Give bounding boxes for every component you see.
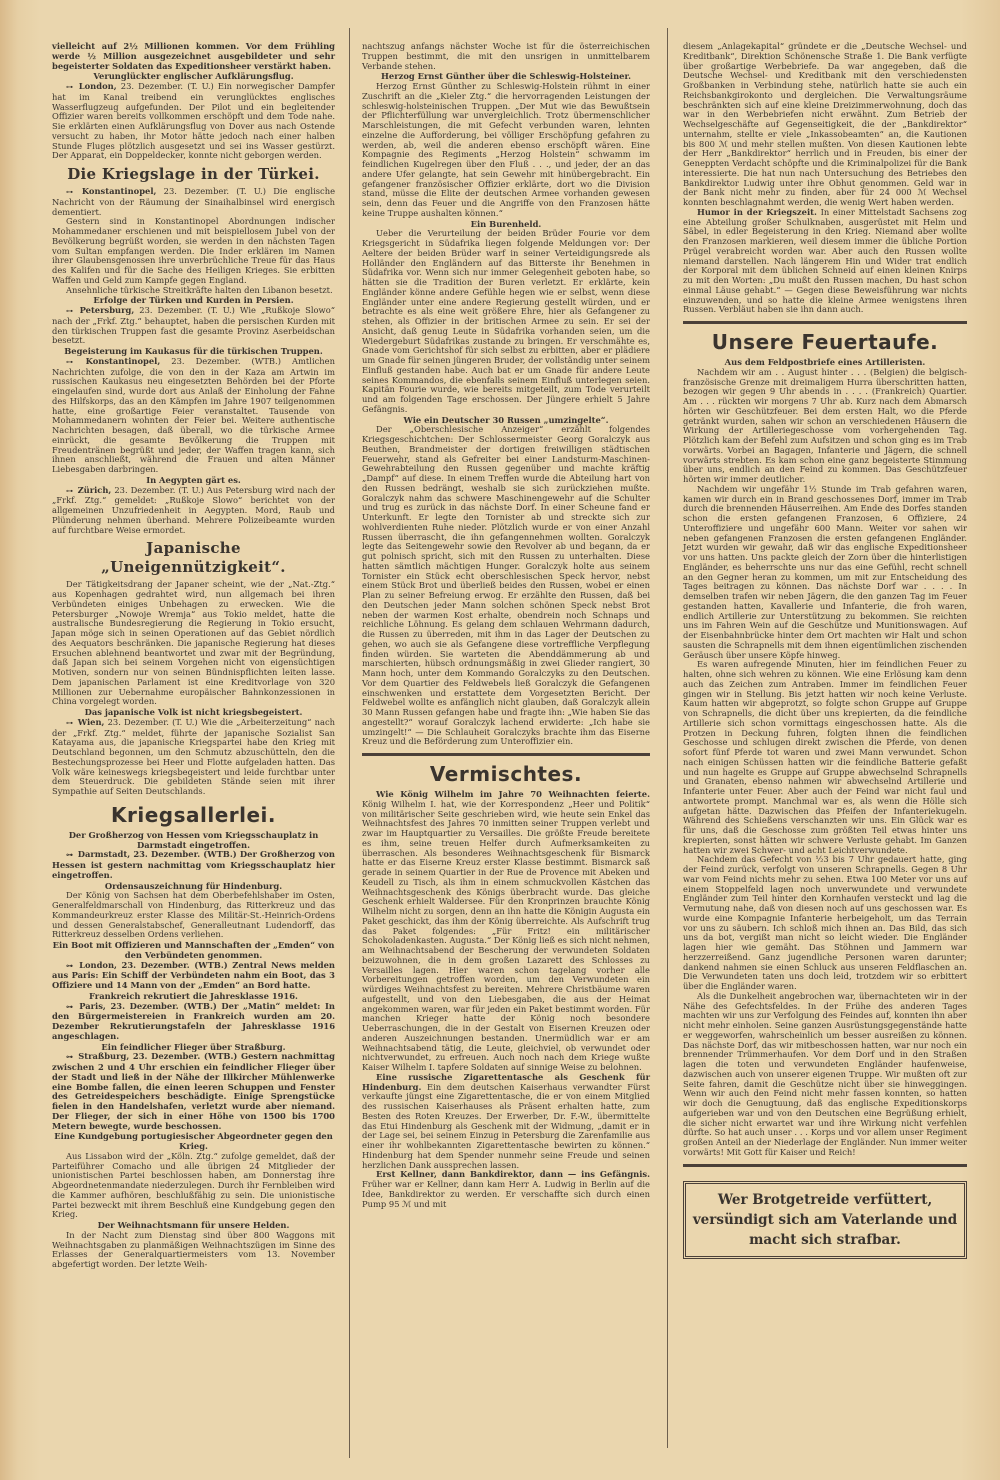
article-paragraph: Humor in der Kriegszeit. In einer Mittel… — [683, 208, 967, 315]
article-paragraph: Eine russische Zigarettentasche als Gesc… — [362, 1073, 650, 1171]
newspaper-page: vielleicht auf 2½ Millionen kommen. Vor … — [0, 0, 1000, 1480]
article-paragraph: Nachdem wir am . . August hinter . . . (… — [683, 368, 967, 485]
news-dispatch: ⊶ Konstantinopel, 23. Dezember. (T. U.) … — [52, 187, 335, 217]
article-paragraph: diesem „Anlagekapital“ gründete er die „… — [683, 42, 967, 208]
dateline-place: Petersburg, — [80, 305, 135, 315]
news-dispatch: ⊶ London, 23. Dezember. (T. U.) Ein norw… — [52, 82, 335, 161]
article-text: In einer Mittelstadt Sachsens zog eine A… — [683, 207, 967, 315]
dispatch-arrow-icon: ⊶ — [66, 358, 84, 366]
article-text: Früher war er Kellner, dann kam Herr A. … — [362, 1179, 650, 1209]
dispatch-arrow-icon: ⊶ — [66, 188, 80, 196]
dateline-place: Konstantinopel, — [82, 186, 157, 196]
dispatch-arrow-icon: ⊶ — [66, 719, 76, 727]
dispatch-text: 23. Dezember. (WTB.) Amtlichen Nachricht… — [52, 356, 335, 474]
article-paragraph: Gestern sind in Konstantinopel Abordnung… — [52, 217, 335, 285]
column-divider — [349, 28, 350, 1458]
dispatch-arrow-icon: ⊶ — [66, 83, 77, 91]
article-paragraph: Aus Lissabon wird der „Köln. Ztg.“ zufol… — [52, 1152, 335, 1220]
article-paragraph: Der Tätigkeitsdrang der Japaner scheint,… — [52, 580, 335, 707]
section-rule — [683, 321, 967, 324]
dateline-place: Wien, — [78, 717, 105, 727]
article-paragraph: Erst Kellner, dann Bankdirektor, dann — … — [362, 1170, 650, 1209]
article-paragraph: Der „Oberschlesische Anzeiger“ erzählt f… — [362, 425, 650, 747]
dateline-place: Paris, — [79, 1001, 106, 1011]
dateline-place: Darmstadt, — [78, 849, 130, 859]
subheading: Eine Kundgebung portugiesischer Abgeordn… — [52, 1132, 335, 1152]
article-text: König Wilhelm I. hat, wie der Korrespond… — [362, 799, 650, 1072]
dateline-place: Straßburg, — [78, 1051, 129, 1061]
dispatch-arrow-icon: ⊶ — [66, 1053, 76, 1061]
section-title: Vermischtes. — [362, 762, 650, 786]
article-paragraph: Es waren aufregende Minuten, hier im fei… — [683, 660, 967, 855]
dispatch-arrow-icon: ⊶ — [66, 307, 78, 315]
dispatch-arrow-icon: ⊶ — [66, 1003, 77, 1011]
column-2: nachtszug anfangs nächster Woche ist für… — [362, 42, 650, 1209]
column-1: vielleicht auf 2½ Millionen kommen. Vor … — [52, 42, 335, 1270]
dateline-place: Konstantinopel, — [86, 356, 161, 366]
article-paragraph: In der Nacht zum Dienstag sind über 800 … — [52, 1231, 335, 1270]
dispatch-text: 23. Dezember. (WTB.) Gestern nachmittag … — [52, 1051, 335, 1130]
news-dispatch: ⊶ Wien, 23. Dezember. (T. U.) Wie die „A… — [52, 718, 335, 797]
subheading: Der Großherzog von Hessen vom Kriegsscha… — [52, 831, 335, 851]
news-dispatch: ⊶ Paris, 23. Dezember. (WTB.) Der „Matin… — [52, 1002, 335, 1042]
section-title: Unsere Feuertaufe. — [683, 330, 967, 354]
column-divider — [667, 28, 668, 1448]
news-dispatch: ⊶ Straßburg, 23. Dezember. (WTB.) Gester… — [52, 1052, 335, 1131]
article-lead: Wie König Wilhelm im Jahre 70 Weihnachte… — [376, 789, 650, 799]
news-dispatch: ⊶ Petersburg, 23. Dezember. (T. U.) Wie … — [52, 306, 335, 346]
dispatch-text: 23. Dezember. (T. U.) Ein norwegischer D… — [52, 81, 335, 160]
article-paragraph: Wie König Wilhelm im Jahre 70 Weihnachte… — [362, 790, 650, 1073]
section-title: Kriegsallerlei. — [52, 803, 335, 827]
article-paragraph: Als die Dunkelheit angebrochen war, über… — [683, 992, 967, 1158]
section-heading: Japanische „Uneigennützigkeit“. — [52, 539, 335, 577]
notice-box: Wer Brotgetreide verfüttert, versündigt … — [683, 1181, 967, 1259]
column-3: diesem „Anlagekapital“ gründete er die „… — [683, 42, 967, 1259]
dateline-place: London, — [79, 81, 117, 91]
subheading: Ein Boot mit Offizieren und Mannschaften… — [52, 941, 335, 961]
article-paragraph: vielleicht auf 2½ Millionen kommen. Vor … — [52, 42, 335, 71]
section-rule — [362, 753, 650, 756]
news-dispatch: ⊶ Konstantinopel, 23. Dezember. (WTB.) A… — [52, 357, 335, 475]
dateline-place: Zürich, — [78, 485, 112, 495]
article-paragraph: Ueber die Verurteilung der beiden Brüder… — [362, 229, 650, 414]
section-rule — [683, 1164, 967, 1167]
article-lead: Humor in der Kriegszeit. — [697, 207, 817, 217]
news-dispatch: ⊶ London, 23. Dezember. (WTB.) Zentral N… — [52, 961, 335, 991]
article-paragraph: Der König von Sachsen hat dem Oberbefehl… — [52, 891, 335, 940]
dispatch-arrow-icon: ⊶ — [66, 962, 77, 970]
dispatch-arrow-icon: ⊶ — [66, 487, 76, 495]
section-heading: Die Kriegslage in der Türkei. — [52, 165, 335, 184]
dateline-place: London, — [79, 960, 117, 970]
dispatch-arrow-icon: ⊶ — [66, 851, 76, 859]
article-paragraph: Ansehnliche türkische Streitkräfte halte… — [52, 286, 335, 296]
news-dispatch: ⊶ Zürich, 23. Dezember. (T. U.) Aus Pete… — [52, 486, 335, 536]
article-paragraph: Herzog Ernst Günther zu Schleswig-Holste… — [362, 82, 650, 219]
news-dispatch: ⊶ Darmstadt, 23. Dezember. (WTB.) Der Gr… — [52, 850, 335, 880]
article-lead: Erst Kellner, dann Bankdirektor, dann — … — [376, 1169, 650, 1179]
article-text: Ein dem deutschen Kaiserhaus verwandter … — [362, 1082, 650, 1170]
article-paragraph: Nachdem wir ungefähr 1½ Stunde im Trab g… — [683, 485, 967, 661]
dispatch-text: 23. Dezember. (T. U.) Wie die „Arbeiterz… — [52, 717, 335, 796]
article-paragraph: nachtszug anfangs nächster Woche ist für… — [362, 42, 650, 71]
article-paragraph: Nachdem das Gefecht von ½3 bis 7 Uhr ged… — [683, 855, 967, 992]
